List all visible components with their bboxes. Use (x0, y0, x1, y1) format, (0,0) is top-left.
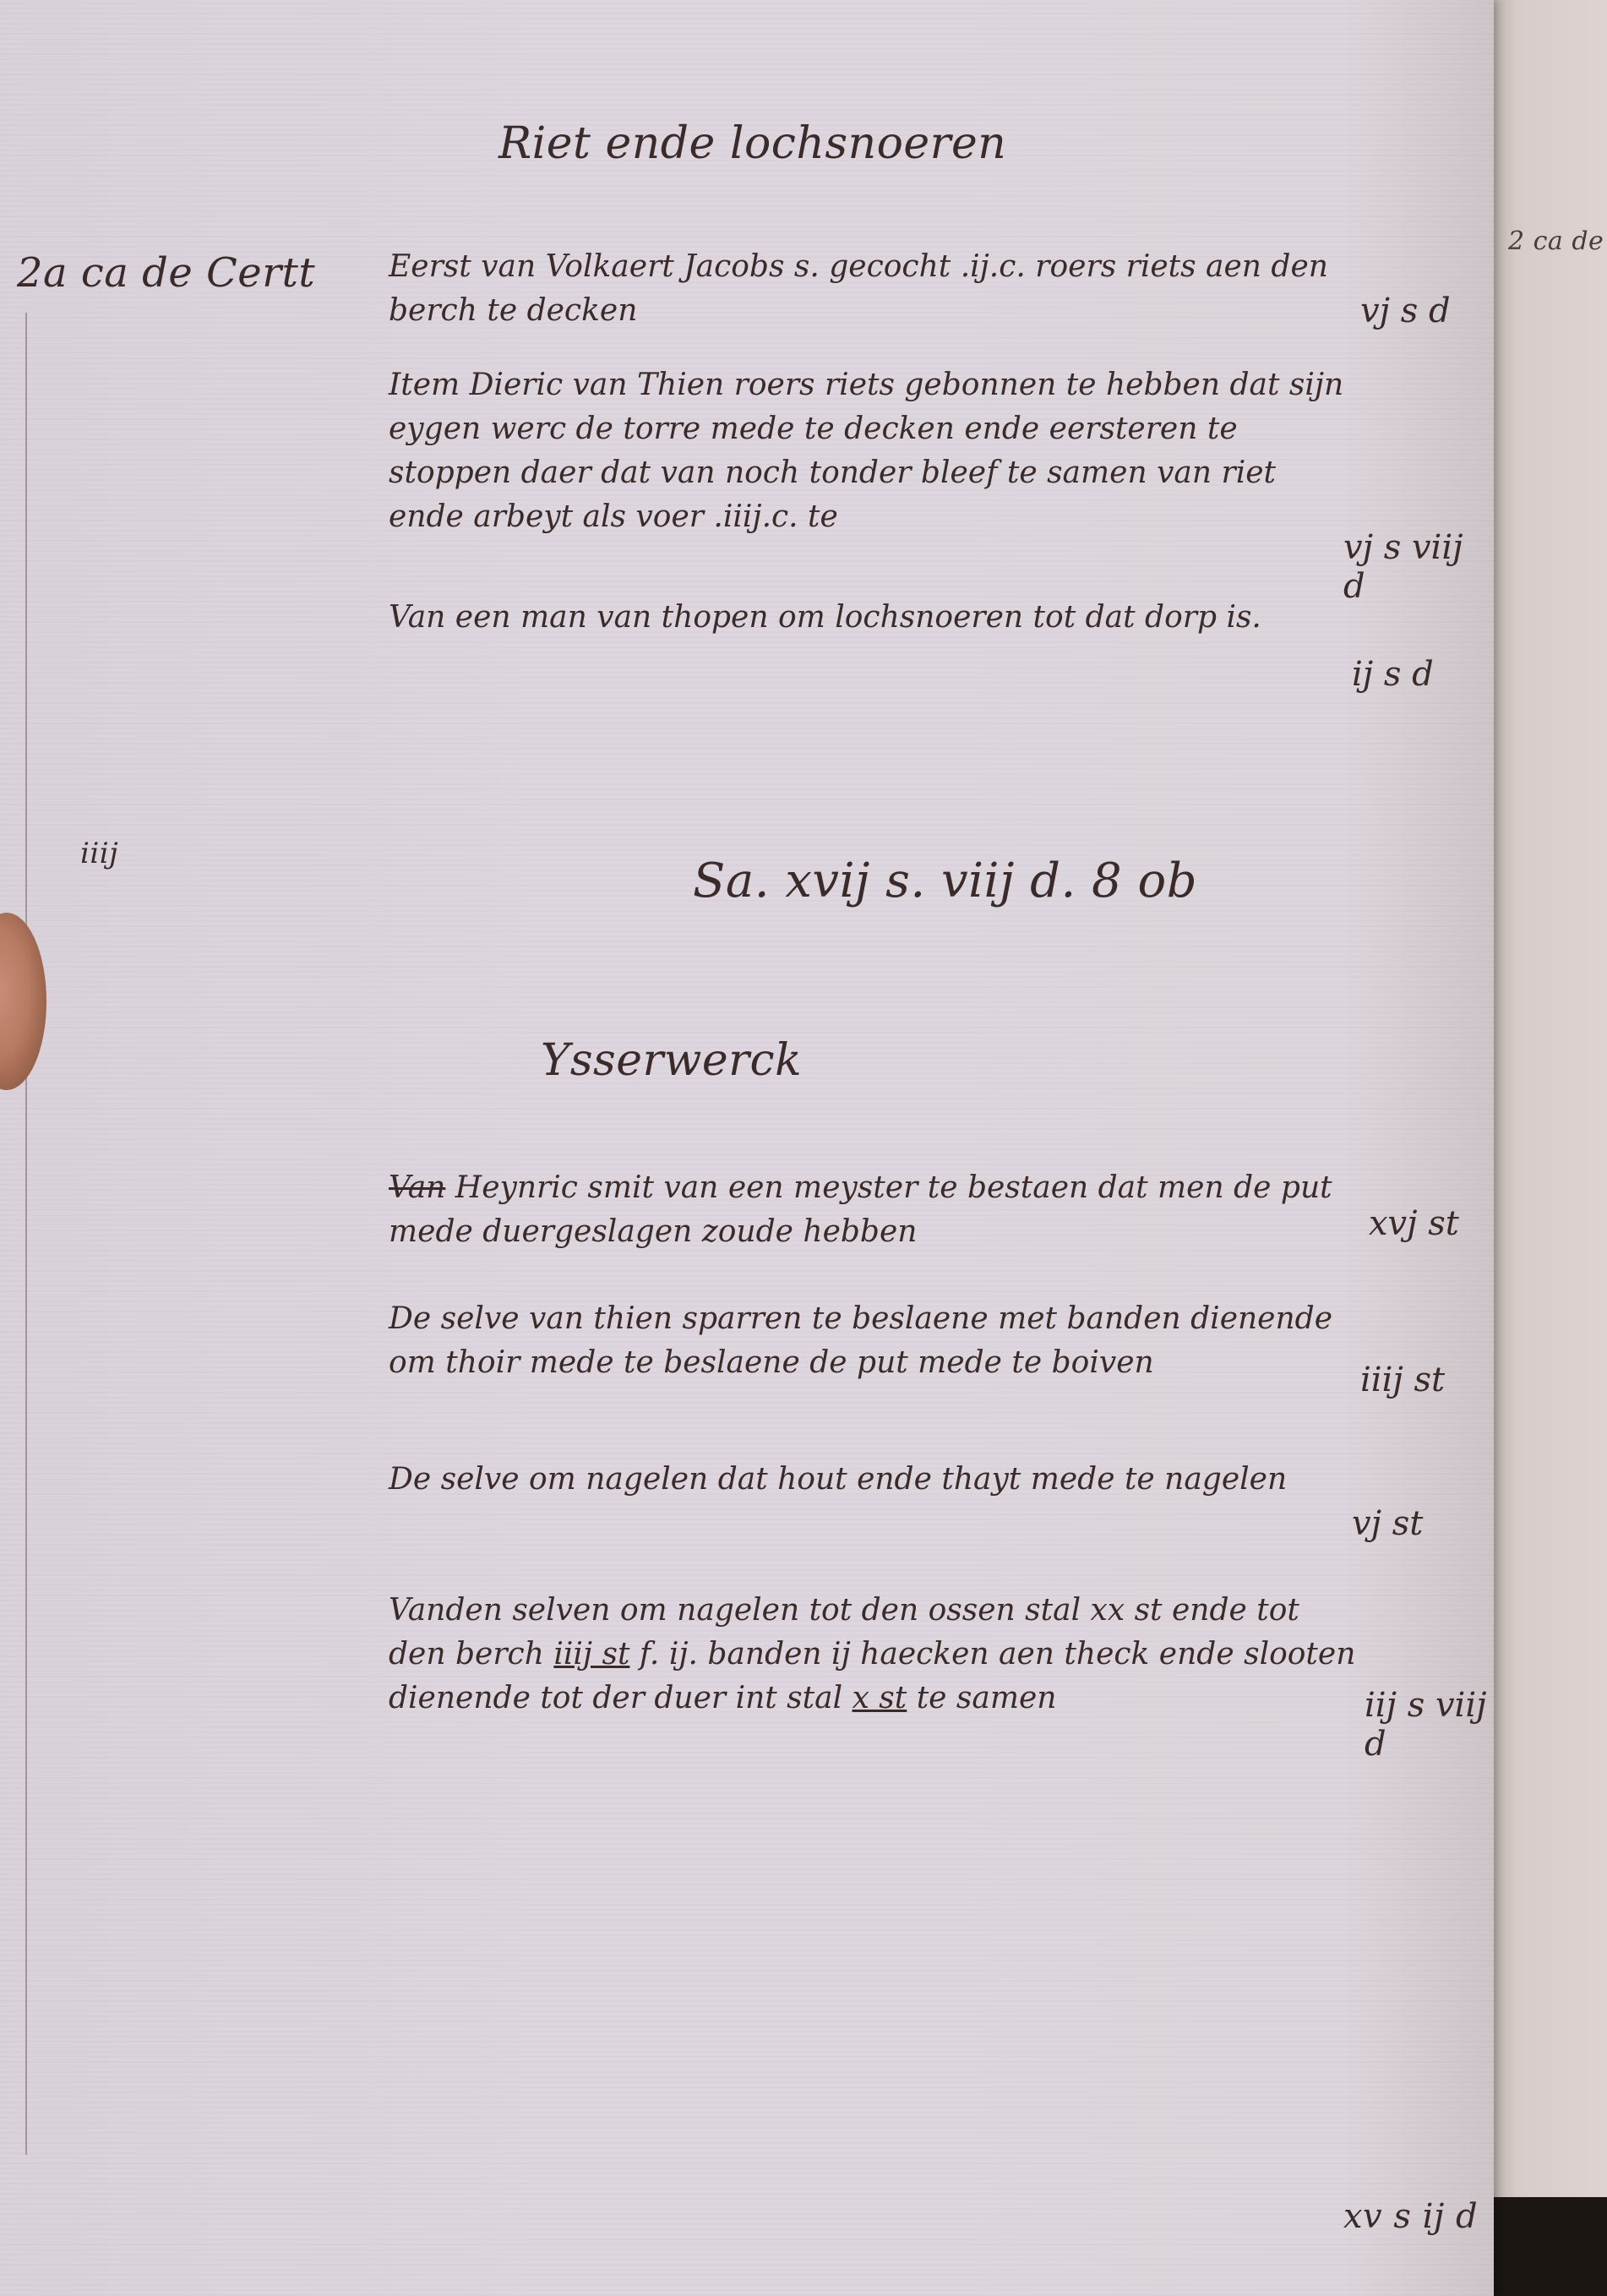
margin-rule (25, 313, 27, 2155)
entry-body: Heynric smit van een meyster te bestaen … (389, 1170, 1332, 1249)
section-heading-riet: Riet ende lochsnoeren (498, 118, 1006, 169)
struck-word: Van (389, 1170, 445, 1205)
entry-amount: vj s viij d (1343, 528, 1494, 606)
left-margin-mark: iiij (80, 837, 118, 870)
entry-amount: xvj st (1369, 1204, 1459, 1243)
manuscript-page: 2a ca de Certt iiij Riet ende lochsnoere… (0, 0, 1494, 2296)
underlined-amount: iiij st (553, 1637, 629, 1672)
entry-amount: ij s d (1352, 655, 1434, 694)
entry-text: Item Dieric van Thien roers riets gebonn… (389, 363, 1360, 539)
entry-body: te samen (917, 1681, 1057, 1715)
section-total: Sa. xvij s. viij d. 8 ob (693, 854, 1197, 908)
facing-page-note: 2 ca de (1508, 226, 1604, 256)
entry-amount: iij s viij d (1365, 1686, 1494, 1764)
entry-text: De selve van thien sparren te beslaene m… (389, 1297, 1360, 1385)
entry-text: De selve om nagelen dat hout ende thayt … (389, 1458, 1360, 1502)
left-margin-note: 2a ca de Certt (17, 249, 315, 297)
entry-text: Vanden selven om nagelen tot den ossen s… (389, 1589, 1360, 1721)
entry-amount: vj s d (1360, 292, 1451, 330)
section-heading-ysserwerck: Ysserwerck (541, 1035, 802, 1086)
underlined-amount: x st (853, 1681, 907, 1715)
thumb-holding-page (0, 913, 46, 1090)
book-shadow (1487, 2197, 1607, 2296)
entry-text: Eerst van Volkaert Jacobs s. gecocht .ij… (389, 245, 1360, 333)
page-total: xv s ij d (1343, 2197, 1478, 2236)
entry-amount: iiij st (1360, 1361, 1445, 1399)
entry-text: Van een man van thopen om lochsnoeren to… (389, 596, 1360, 640)
facing-page (1487, 0, 1607, 2197)
entry-text: Van Heynric smit van een meyster te best… (389, 1166, 1360, 1254)
entry-amount: vj st (1352, 1504, 1423, 1543)
